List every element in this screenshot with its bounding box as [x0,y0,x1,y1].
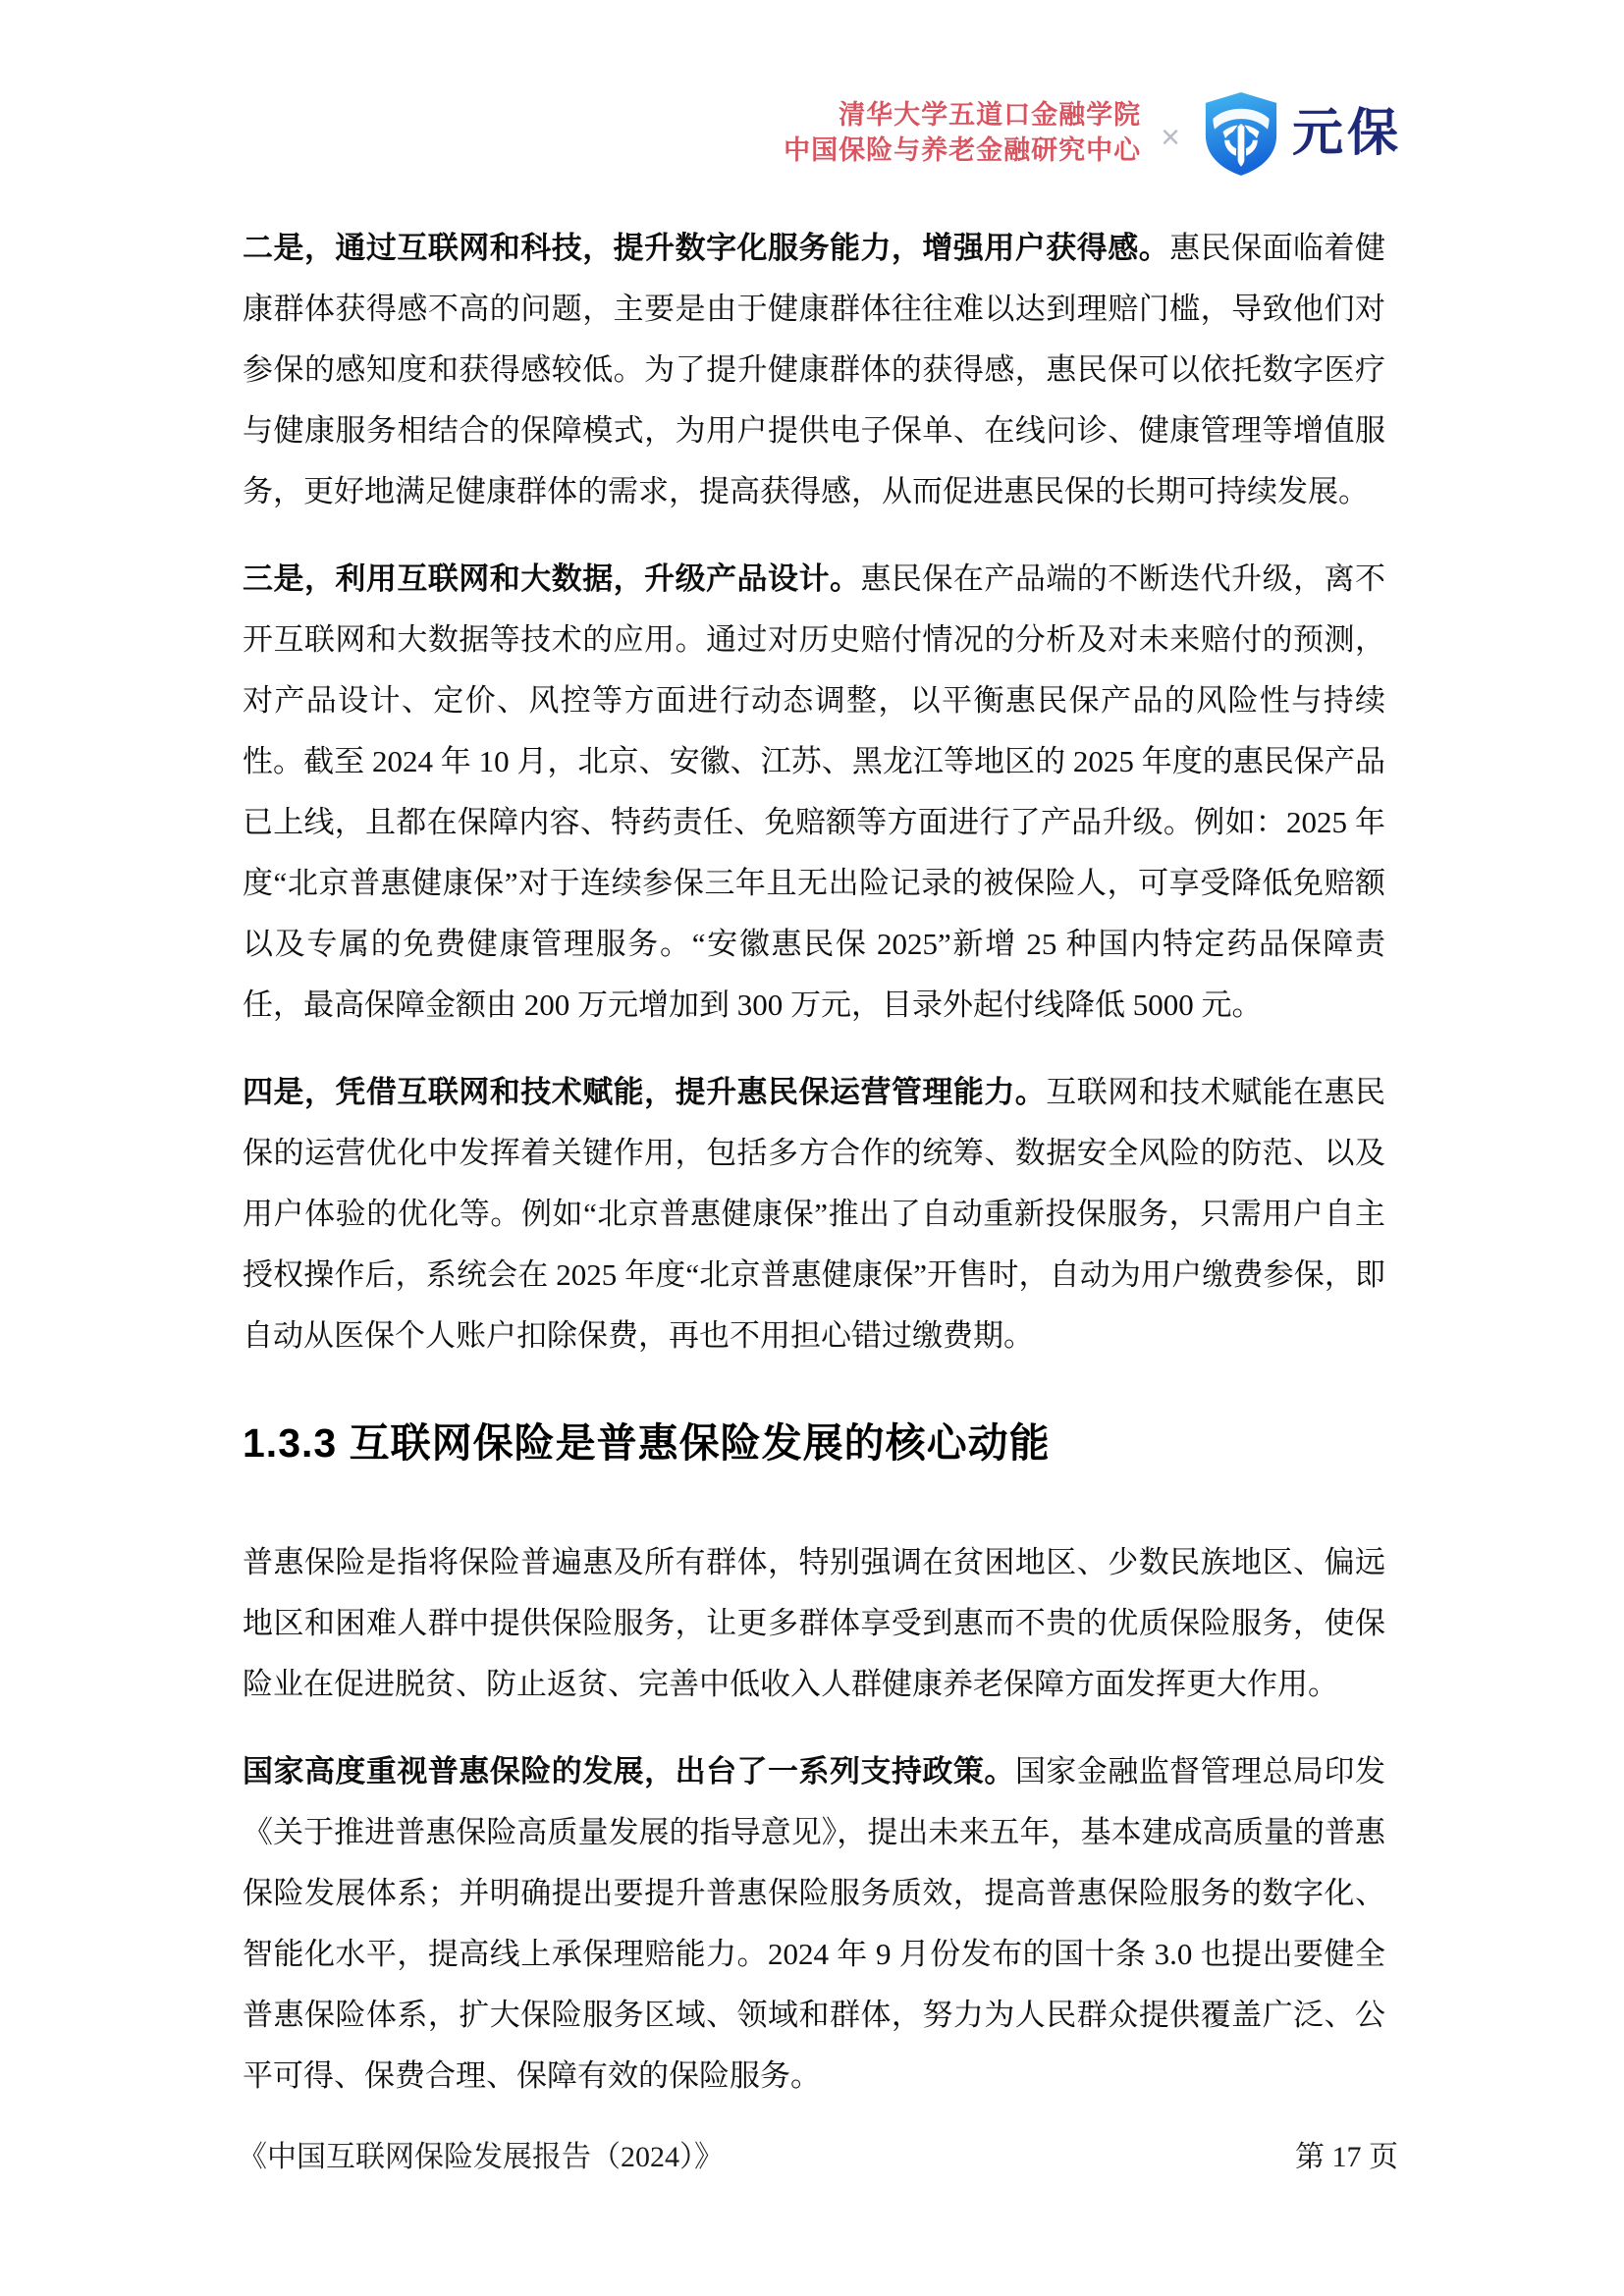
paragraph-lead: 四是，凭借互联网和技术赋能，提升惠民保运营管理能力。 [243,1075,1046,1109]
footer-page-number: 第 17 页 [1295,2132,1398,2175]
paragraph-lead: 三是，利用互联网和大数据，升级产品设计。 [243,561,860,596]
institution-line1: 清华大学五道口金融学院 [784,98,1141,133]
yuanbao-shield-icon [1200,90,1282,177]
paragraph-text: 国家金融监督管理总局印发《关于推进普惠保险高质量发展的指导意见》，提出未来五年，… [243,1754,1385,2093]
paragraph-3rd-point: 三是，利用互联网和大数据，升级产品设计。惠民保在产品端的不断迭代升级，离不开互联… [243,549,1385,1036]
paragraph-text: 普惠保险是指将保险普遍惠及所有群体，特别强调在贫困地区、少数民族地区、偏远地区和… [243,1545,1385,1701]
report-page: 清华大学五道口金融学院 中国保险与养老金融研究中心 × [0,0,1624,2296]
collaboration-cross-symbol: × [1161,121,1180,154]
paragraph-2nd-point: 二是，通过互联网和科技，提升数字化服务能力，增强用户获得感。惠民保面临着健康群体… [243,218,1385,522]
paragraph-text: 惠民保面临着健康群体获得感不高的问题，主要是由于健康群体往往难以达到理赔门槛，导… [243,231,1385,508]
institution-name: 清华大学五道口金融学院 中国保险与养老金融研究中心 [784,98,1141,168]
page-body: 二是，通过互联网和科技，提升数字化服务能力，增强用户获得感。惠民保面临着健康群体… [243,218,1385,2133]
footer-book-title: 《中国互联网保险发展报告（2024）》 [238,2132,724,2175]
paragraph-lead: 二是，通过互联网和科技，提升数字化服务能力，增强用户获得感。 [243,231,1169,265]
paragraph-text: 互联网和技术赋能在惠民保的运营优化中发挥着关键作用，包括多方合作的统筹、数据安全… [243,1075,1385,1353]
paragraph-text: 惠民保在产品端的不断迭代升级，离不开互联网和大数据等技术的应用。通过对历史赔付情… [243,561,1385,1022]
institution-line2: 中国保险与养老金融研究中心 [784,133,1141,169]
section-heading-1-3-3: 1.3.3 互联网保险是普惠保险发展的核心动能 [243,1419,1385,1468]
page-footer: 《中国互联网保险发展报告（2024）》 第 17 页 [238,2132,1398,2175]
paragraph-4th-point: 四是，凭借互联网和技术赋能，提升惠民保运营管理能力。互联网和技术赋能在惠民保的运… [243,1062,1385,1366]
paragraph-lead: 国家高度重视普惠保险的发展，出台了一系列支持政策。 [243,1754,1015,1789]
paragraph-inclusive-insurance-definition: 普惠保险是指将保险普遍惠及所有群体，特别强调在贫困地区、少数民族地区、偏远地区和… [243,1532,1385,1715]
page-header: 清华大学五道口金融学院 中国保险与养老金融研究中心 × [784,90,1402,177]
paragraph-national-policy: 国家高度重视普惠保险的发展，出台了一系列支持政策。国家金融监督管理总局印发《关于… [243,1741,1385,2107]
yuanbao-logo: 元保 [1200,90,1402,177]
yuanbao-logo-text: 元保 [1292,108,1402,159]
